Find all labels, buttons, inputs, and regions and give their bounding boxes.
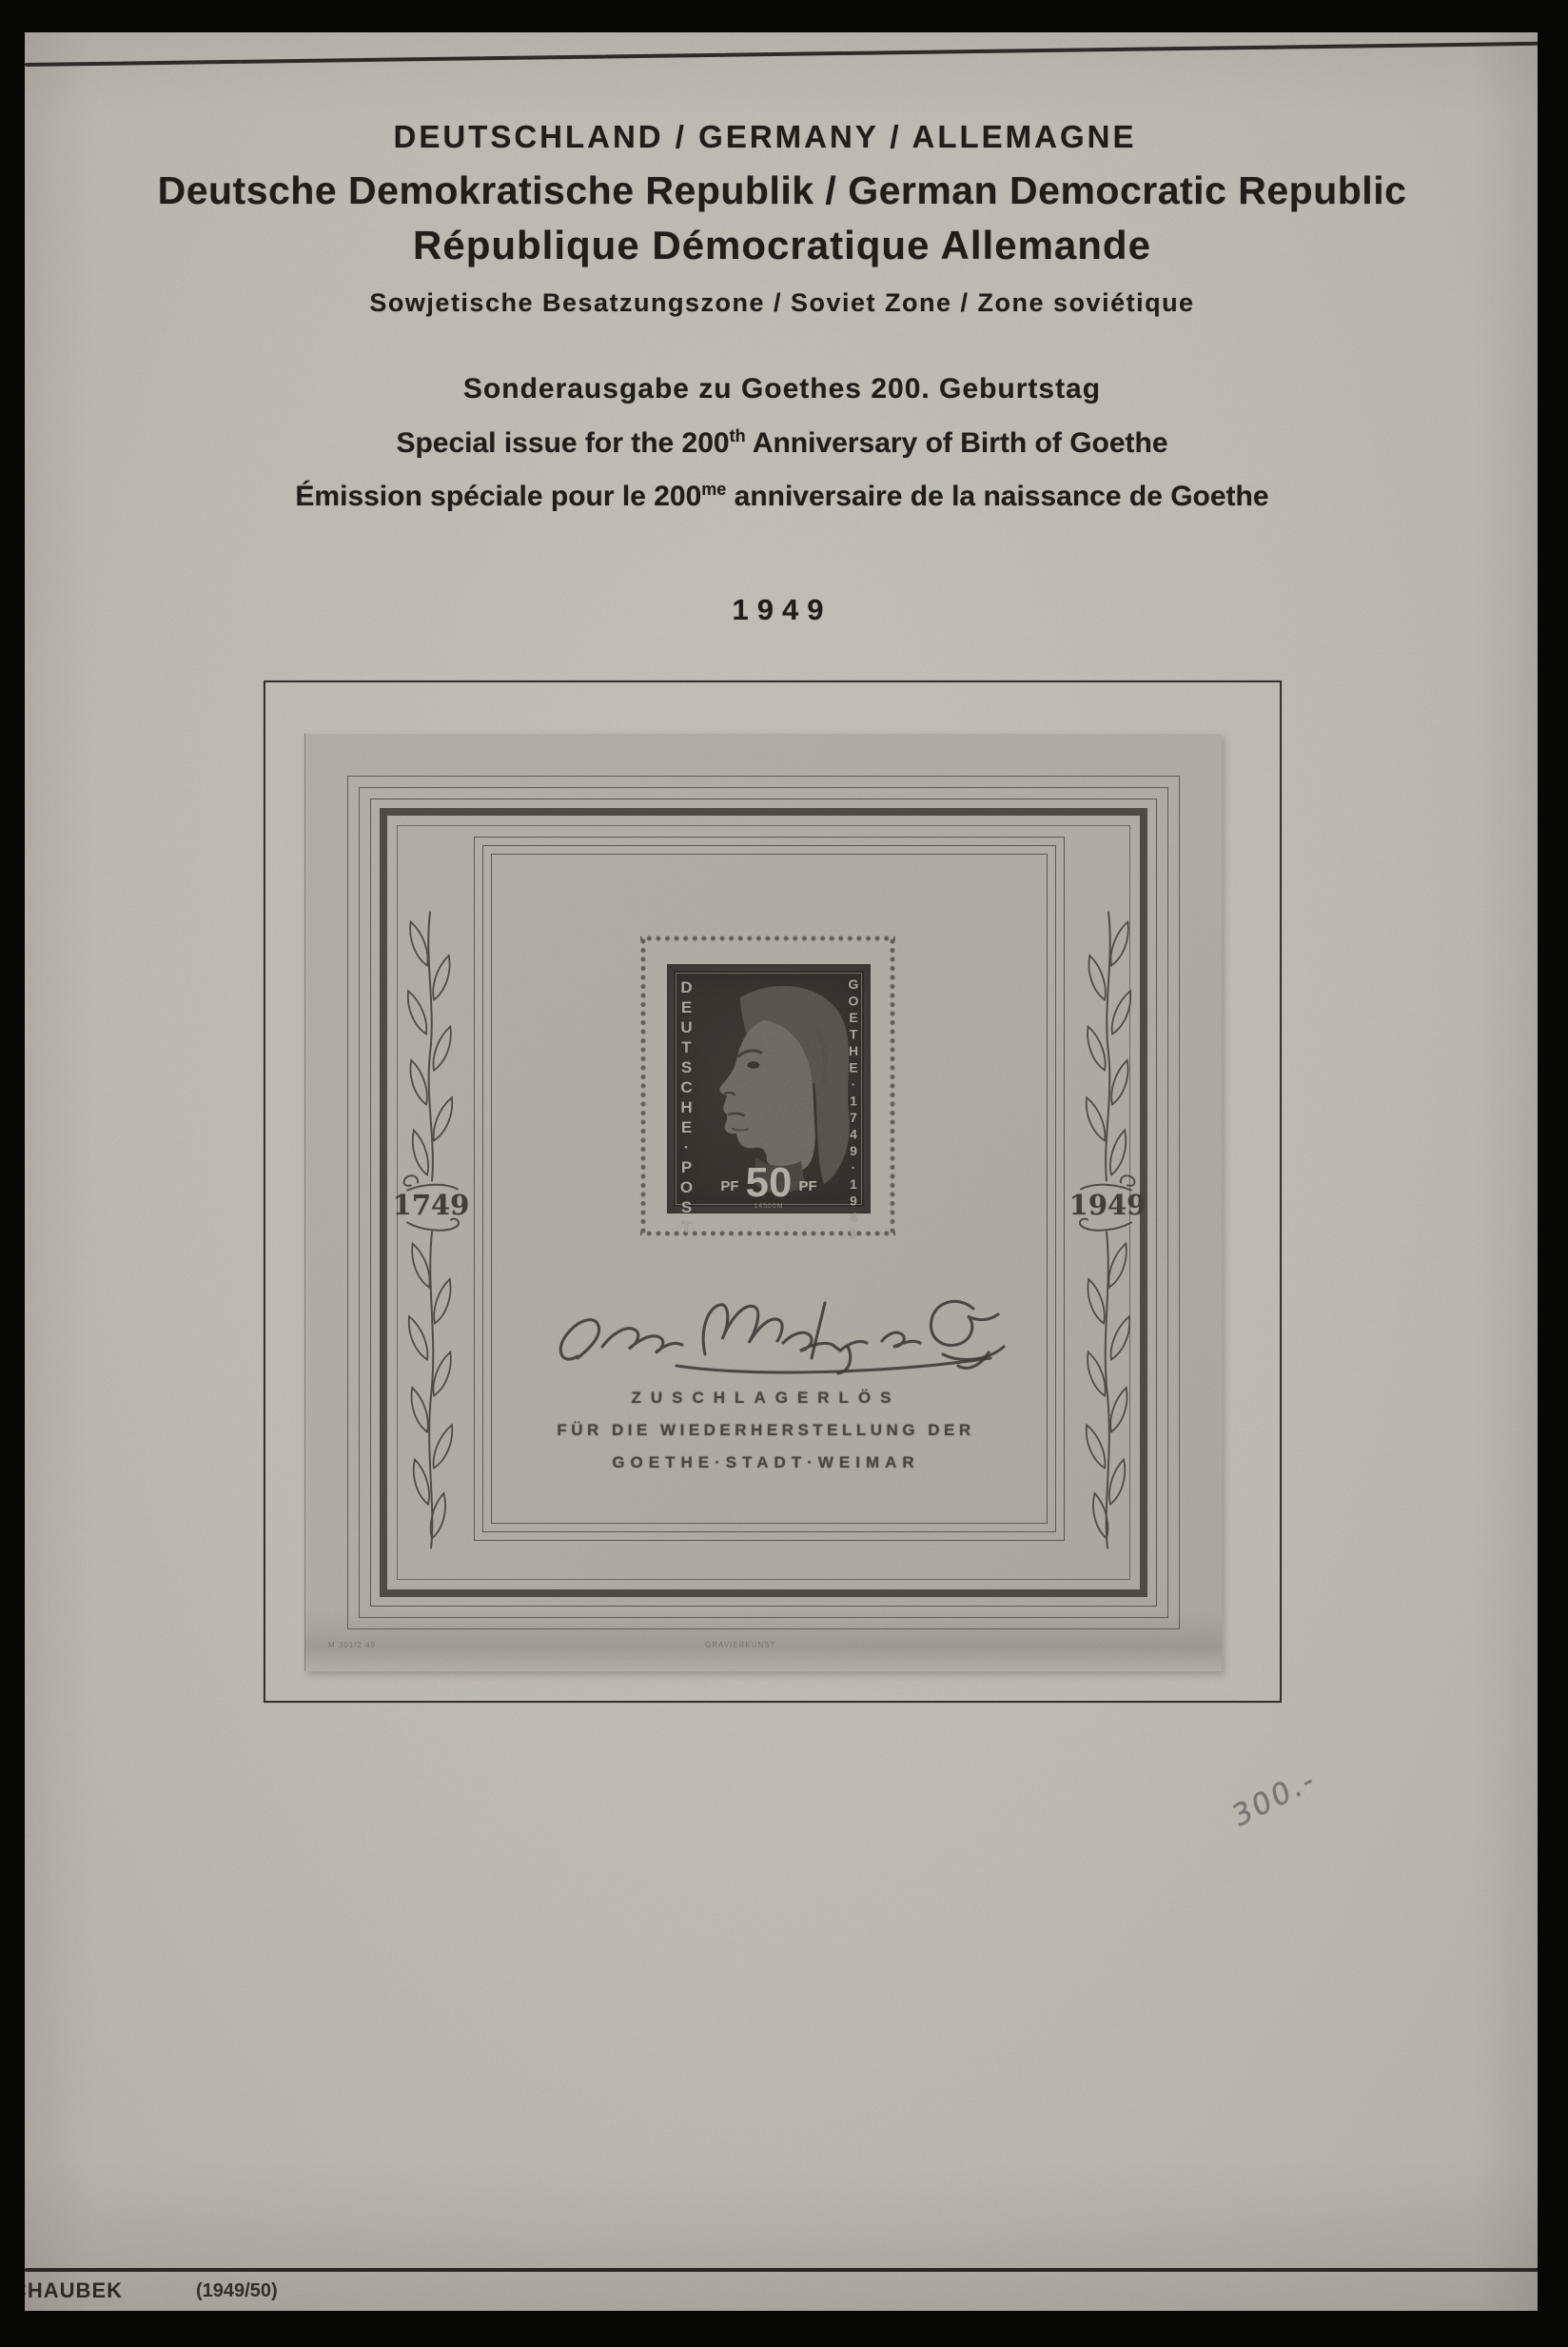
scanned-album-page: DEUTSCHLAND / GERMANY / ALLEMAGNE Deutsc… <box>0 0 1568 2347</box>
occupation-zone-line: Sowjetische Besatzungszone / Soviet Zone… <box>40 288 1524 318</box>
scanner-edge-right <box>1538 0 1568 2347</box>
edition-label: (1949/50) <box>196 2280 278 2302</box>
stamp-denomination: PF 50 PF <box>668 1166 870 1199</box>
dedication-line-1: ZUSCHLAGERLÖS <box>528 1389 1004 1408</box>
laurel-year-1949: 1949 <box>1065 1189 1150 1221</box>
country-heading-de-en: Deutsche Demokratische Republik / German… <box>40 168 1524 213</box>
issue-title-en-suffix: Anniversary of Birth of Goethe <box>746 427 1168 459</box>
goethe-stamp: DEUTSCHE·POST GOETHE·1749·1949 PF 50 PF … <box>667 964 871 1213</box>
stamp-block: DEUTSCHE·POST GOETHE·1749·1949 PF 50 PF … <box>640 936 895 1236</box>
sheet-imprint-left: M 301/2 49 <box>328 1641 376 1649</box>
issue-title-fr-prefix: Émission spéciale pour le 200 <box>295 481 701 512</box>
scanner-edge-bottom <box>0 2311 1568 2347</box>
goethe-signature <box>543 1267 1019 1381</box>
perforation-column-icon <box>890 936 895 1236</box>
laurel-branch-right-icon <box>1074 907 1141 1552</box>
publisher-imprint: CHAUBEK <box>11 2278 123 2303</box>
stamp-pf-right: PF <box>798 1178 816 1194</box>
laurel-branch-left-icon <box>398 907 464 1552</box>
stamp-pf-left: PF <box>720 1178 738 1194</box>
pencil-price-note: 300.- <box>1229 1761 1321 1835</box>
souvenir-sheet: 1749 1949 <box>304 733 1222 1671</box>
issue-title-en: Special issue for the 200th Anniversary … <box>40 426 1524 460</box>
issue-title-de: Sonderausgabe zu Goethes 200. Geburtstag <box>40 373 1524 405</box>
stamp-value: 50 <box>746 1166 793 1199</box>
issue-year-heading: 1949 <box>40 593 1524 627</box>
perforation-column-icon <box>640 936 646 1236</box>
issue-title-en-prefix: Special issue for the 200 <box>396 427 729 459</box>
dedication-line-2: FÜR DIE WIEDERHERSTELLUNG DER <box>528 1421 1004 1440</box>
issue-title-en-superscript: th <box>730 426 746 445</box>
country-heading-fr: République Démocratique Allemande <box>40 223 1524 268</box>
album-page: DEUTSCHLAND / GERMANY / ALLEMAGNE Deutsc… <box>25 31 1539 2316</box>
stamp-engraver-mark: 14500M <box>668 1203 870 1210</box>
issue-title-fr-superscript: me <box>701 480 726 499</box>
page-bottom-rule <box>25 2268 1539 2272</box>
laurel-year-1749: 1749 <box>388 1189 474 1221</box>
issue-title-fr-suffix: anniversaire de la naissance de Goethe <box>726 481 1268 512</box>
issue-title-fr: Émission spéciale pour le 200me annivers… <box>40 480 1524 513</box>
page-top-rule <box>25 42 1539 67</box>
scanner-edge-top <box>0 0 1568 32</box>
scanner-edge-left <box>0 0 25 2347</box>
sheet-imprint-center: GRAVIERKUNST <box>705 1641 776 1649</box>
perforation-row-icon <box>640 936 895 941</box>
stamp-inscription-left: DEUTSCHE·POST <box>676 978 696 1238</box>
dedication-line-3: GOETHE·STADT·WEIMAR <box>528 1453 1004 1472</box>
region-heading: DEUTSCHLAND / GERMANY / ALLEMAGNE <box>23 119 1507 155</box>
